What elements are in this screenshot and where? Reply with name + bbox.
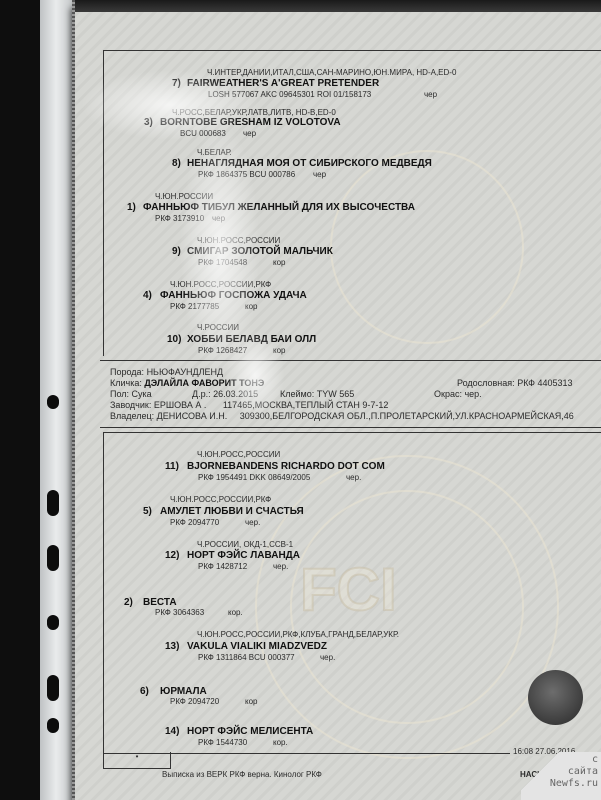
entry-color: чер. [245,518,260,527]
pedigree-label: Родословная: [457,378,515,388]
entry-number: 14) [165,726,179,737]
entry-reg: BCU 000683 [180,129,226,138]
site-badge-line3: Newfs.ru [521,778,598,790]
entry-name: НОРТ ФЭЙС ЛАВАНДА [187,550,300,561]
entry-reg: РКФ 3173910 [155,214,204,223]
color-label: Окрас: [434,389,462,399]
entry-name: VAKULA VIALIKI MIADZVEDZ [187,641,327,652]
entry-name: BJORNEBANDENS RICHARDO DOT COM [187,461,385,472]
breeder-row: Заводчик: ЕРШОВА А . 117465,МОСКВА,ТЕПЛЫ… [110,400,388,410]
entry-name: ФАННЬЮФ ТИБУЛ ЖЕЛАННЫЙ ДЛЯ ИХ ВЫСОЧЕСТВА [143,202,415,213]
entry-titles: Ч.ИНТЕР,ДАНИИ,ИТАЛ,США,САН-МАРИНО,ЮН.МИР… [207,68,456,77]
entry-titles: Ч.ЮН.РОСС,РОССИИ,РКФ [170,495,271,504]
site-badge-line1: с [521,752,598,766]
sleeve-edge [72,0,75,800]
entry-color: кор [245,302,258,311]
owner-label: Владелец: [110,411,154,421]
entry-reg: РКФ 2094770 [170,518,219,527]
breed-value: НЬЮФАУНДЛЕНД [147,367,224,377]
entry-reg: РКФ 1268427 [198,346,247,355]
entry-name: ФАННЬЮФ ГОСПОЖА УДАЧА [160,290,307,301]
entry-number: 8) [172,158,181,169]
entry-number: 5) [143,506,152,517]
entry-number: 12) [165,550,179,561]
punch-hole [47,615,59,630]
entry-number: 3) [144,117,153,128]
entry-titles: Ч.РОСС,БЕЛАР,УКР,ЛАТВ,ЛИТВ, HD-B,ED-0 [172,108,336,117]
entry-titles: Ч.ЮН.РОСС,РОССИИ,РКФ,КЛУБА,ГРАНД,БЕЛАР,У… [197,630,399,639]
name-label: Кличка: [110,378,142,388]
punch-hole [47,718,59,733]
brand-value: TYW 565 [317,389,355,399]
entry-number: 7) [172,78,181,89]
entry-number: 4) [143,290,152,301]
entry-number: 13) [165,641,179,652]
entry-color: чер [243,129,256,138]
punch-hole [47,490,59,516]
entry-name: ЮРМАЛА [160,686,207,697]
entry-color: чер. [273,562,288,571]
punch-hole [47,545,59,571]
entry-number: 9) [172,246,181,257]
entry-color: кор [273,258,286,267]
entry-color: кор [245,697,258,706]
entry-titles: Ч.ЮН.РОСС,РОССИИ [197,236,280,245]
entry-name: СМИГАР ЗОЛОТОЙ МАЛЬЧИК [187,246,333,257]
entry-color: чер. [320,653,335,662]
color-value: чер. [464,389,481,399]
entry-reg: РКФ 1544730 [198,738,247,747]
entry-titles: Ч.ЮН.РОСС,РОССИИ [197,450,280,459]
sex-row: Пол: Сука [110,389,152,399]
dob-row: Д.р.: 26.03.2015 [192,389,258,399]
brand-row: Клеймо: TYW 565 [280,389,354,399]
entry-number: 2) [124,597,133,608]
entry-color: чер. [346,473,361,482]
breeder-address: 117465,МОСКВА,ТЕПЛЫЙ СТАН 9-7-12 [223,400,389,410]
entry-number: 1) [127,202,136,213]
entry-reg: РКФ 1704548 [198,258,247,267]
site-watermark-badge: с сайта Newfs.ru [521,752,601,800]
dob-value: 26.03.2015 [213,389,258,399]
entry-titles: Ч.ЮН.РОССИИ [155,192,213,201]
entry-name: FAIRWEATHER'S A'GREAT PRETENDER [187,78,379,89]
breed-label: Порода: [110,367,144,377]
entry-number: 11) [165,461,179,472]
site-badge-line2: сайта [521,766,598,778]
owner-value: ДЕНИСОВА И.Н. [157,411,228,421]
entry-titles: Ч.РОССИИ, ОКД-1,ССВ-1 [197,540,293,549]
entry-titles: Ч.ЮН.РОСС,РОССИИ,РКФ [170,280,271,289]
pedigree-number: РКФ 4405313 [517,378,572,388]
entry-name: АМУЛЕТ ЛЮБВИ И СЧАСТЬЯ [160,506,304,517]
entry-reg: РКФ 2177785 [170,302,219,311]
sex-label: Пол: [110,389,129,399]
entry-color: чер [212,214,225,223]
entry-titles: Ч.РОССИИ [197,323,239,332]
hologram-seal [528,670,583,725]
entry-color: чер [424,90,437,99]
entry-reg: РКФ 1428712 [198,562,247,571]
entry-reg: РКФ 3064363 [155,608,204,617]
entry-reg: РКФ 1864375 BCU 000786 [198,170,295,179]
brand-label: Клеймо: [280,389,314,399]
entry-number: 10) [167,334,181,345]
punch-hole [47,675,59,701]
entry-name: ХОББИ БЕЛАВД БАИ ОЛЛ [187,334,316,345]
entry-reg: РКФ 2094720 [170,697,219,706]
entry-color: кор [273,346,286,355]
entry-titles: Ч.БЕЛАР. [197,148,232,157]
entry-number: 6) [140,686,149,697]
pedigree-row: Родословная: РКФ 4405313 [457,378,573,388]
certification-text: Выписка из ВЕРК РКФ верна. Кинолог РКФ [162,770,322,779]
entry-name: НОРТ ФЭЙС МЕЛИСЕНТА [187,726,313,737]
entry-color: кор. [228,608,243,617]
entry-color: чер [313,170,326,179]
entry-reg: РКФ 1954491 DKK 08649/2005 [198,473,310,482]
entry-name: ВЕСТА [143,597,177,608]
entry-name: BORNTOBE GRESHAM IZ VOLOTOVA [160,117,341,128]
breeder-label: Заводчик: [110,400,151,410]
dob-label: Д.р.: [192,389,211,399]
document-top-shadow [72,0,601,12]
breed-row: Порода: НЬЮФАУНДЛЕНД [110,367,223,377]
entry-reg: LOSH 577067 AKC 09645301 ROI 01/158173 [208,90,371,99]
owner-row: Владелец: ДЕНИСОВА И.Н. 309300,БЕЛГОРОДС… [110,411,574,421]
color-row: Окрас: чер. [434,389,482,399]
name-row: Кличка: ДЭЛАЙЛА ФАВОРИТ ТОНЭ [110,378,264,388]
owner-address: 309300,БЕЛГОРОДСКАЯ ОБЛ.,П.ПРОЛЕТАРСКИЙ,… [240,411,574,421]
breeder-value: ЕРШОВА А . [154,400,206,410]
stub-box: • [103,752,171,769]
sex-value: Сука [132,389,152,399]
entry-name: НЕНАГЛЯДНАЯ МОЯ ОТ СИБИРСКОГО МЕДВЕДЯ [187,158,432,169]
entry-color: кор. [273,738,288,747]
dog-name: ДЭЛАЙЛА ФАВОРИТ ТОНЭ [144,378,264,388]
punch-hole [47,395,59,409]
entry-reg: РКФ 1311864 BCU 000377 [198,653,295,662]
